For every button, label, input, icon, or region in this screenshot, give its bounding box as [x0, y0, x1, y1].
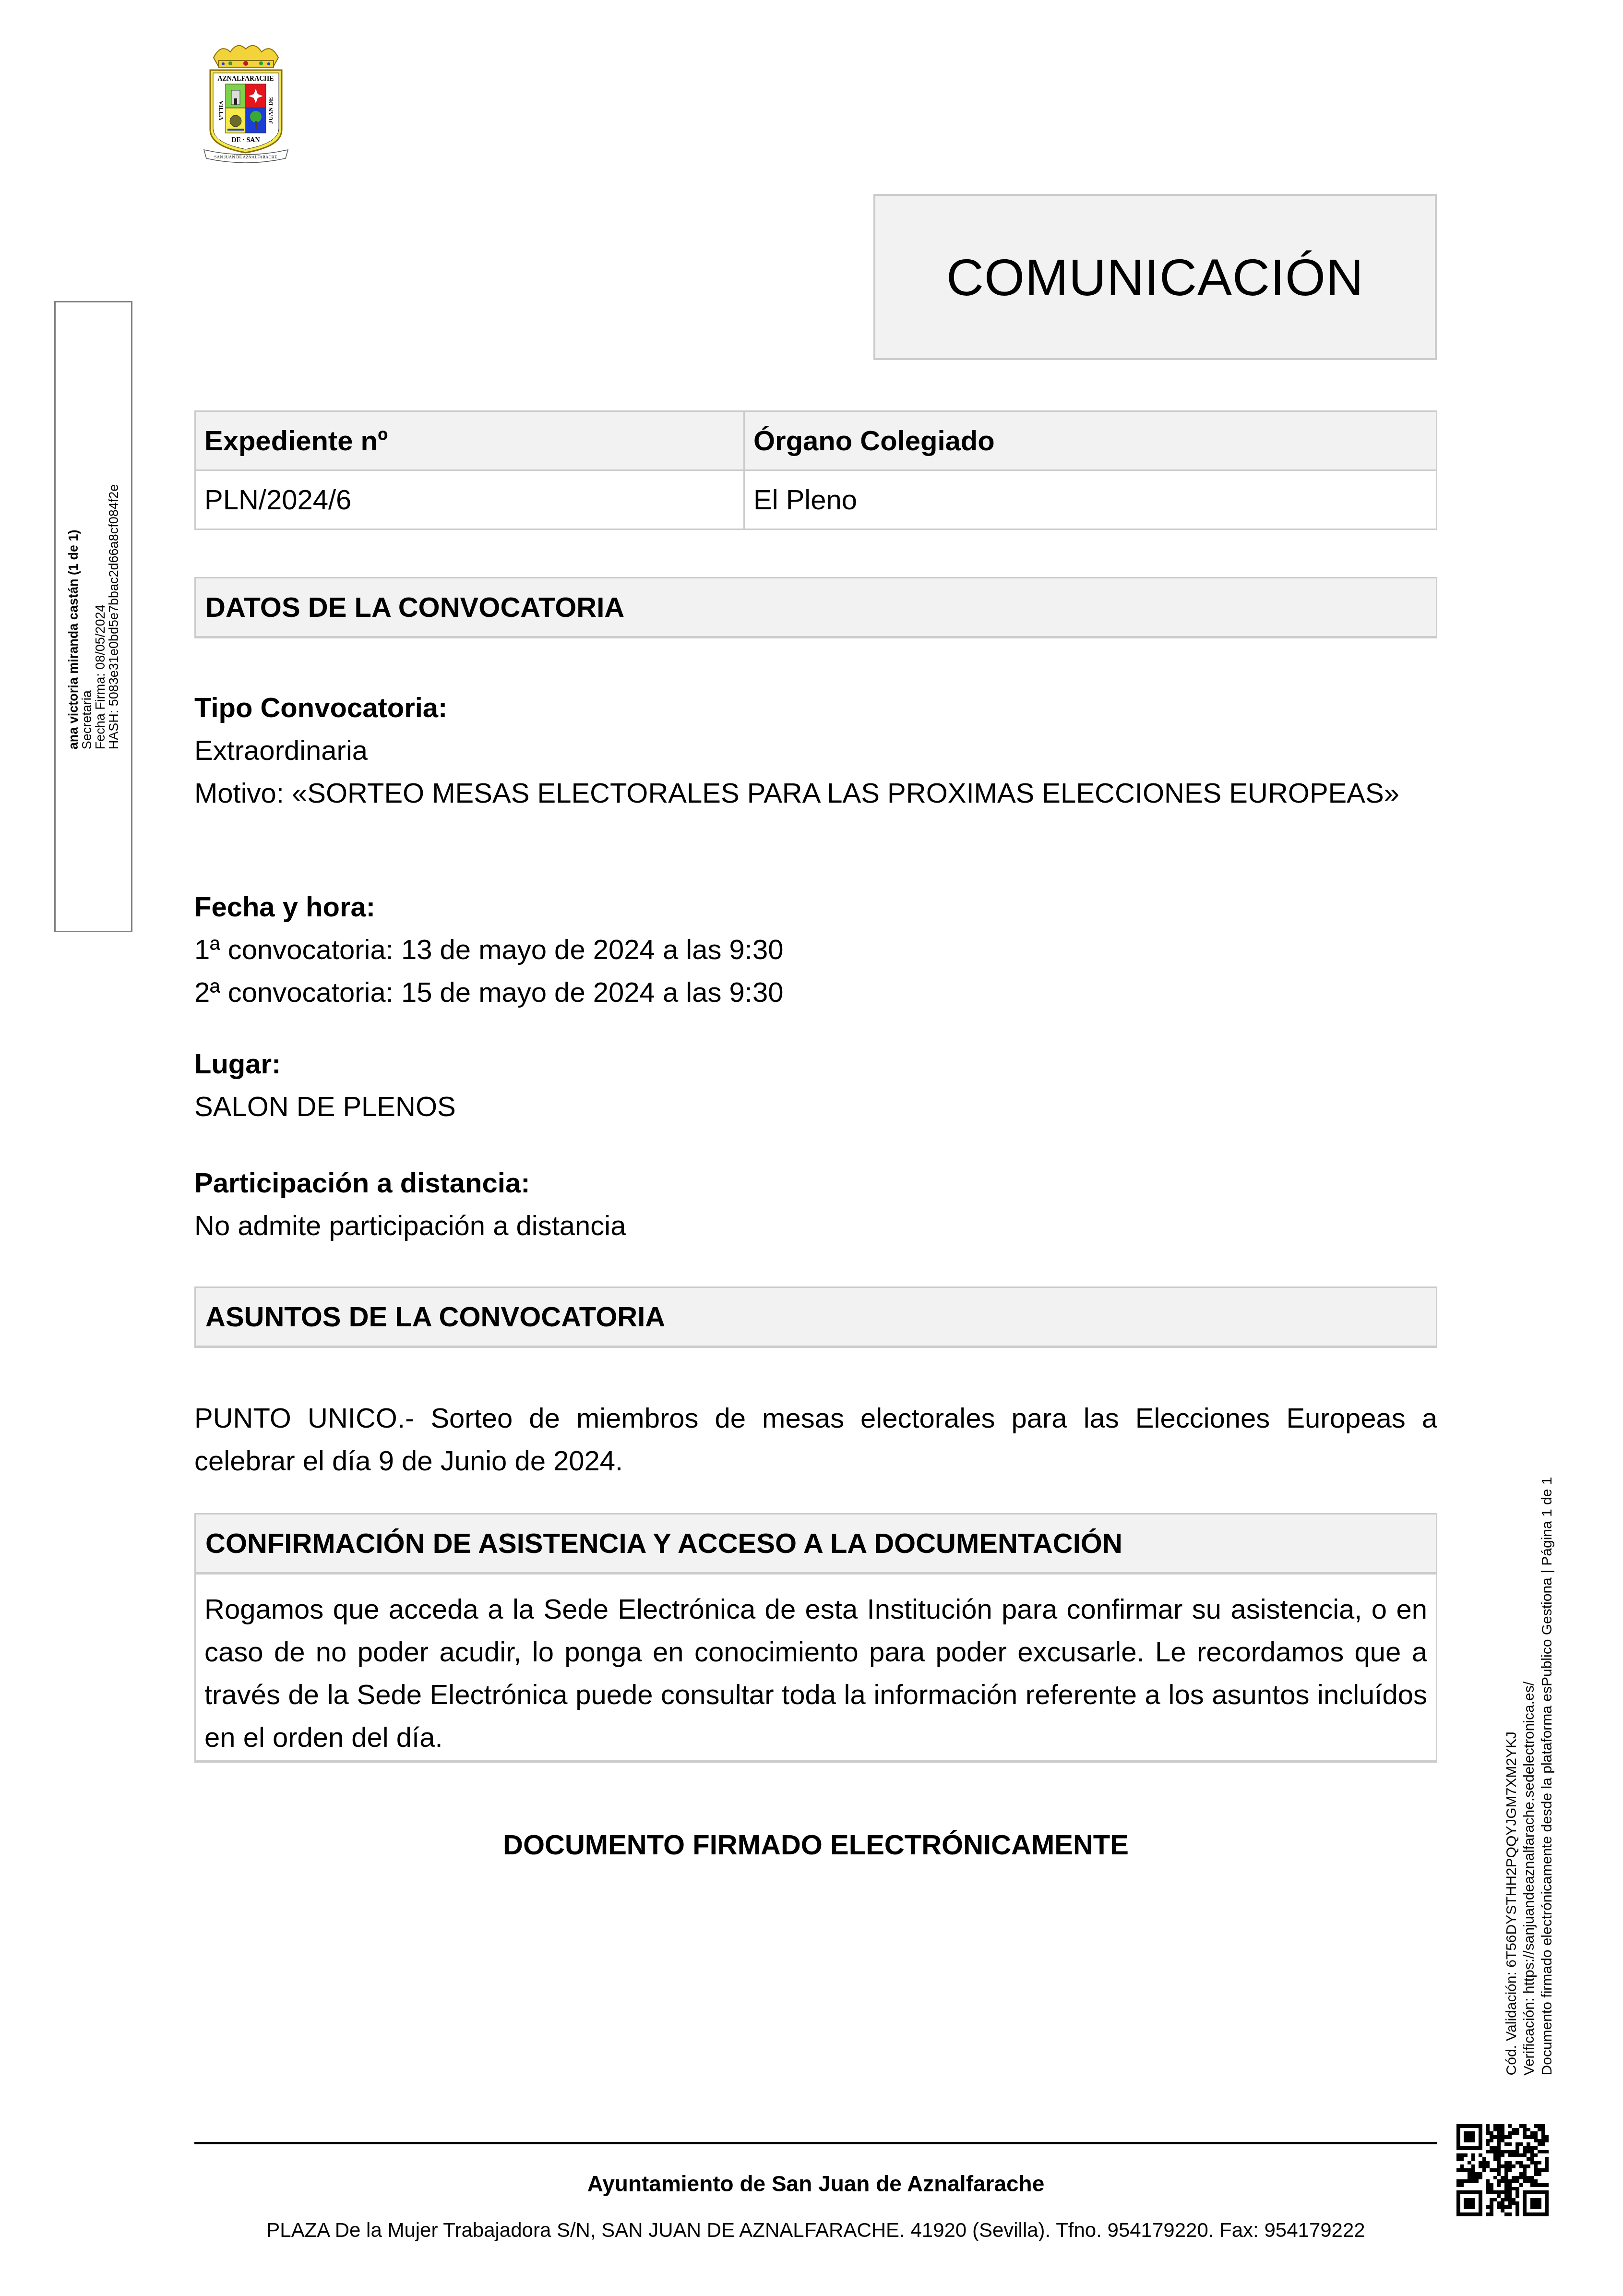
- expediente-table: Expediente nº Órgano Colegiado PLN/2024/…: [194, 410, 1437, 530]
- signature-box: ana victoria miranda castán (1 de 1) Sec…: [54, 301, 132, 932]
- signature-details: ana victoria miranda castán (1 de 1) Sec…: [67, 484, 120, 749]
- organo-colegiado: El Pleno: [744, 470, 1437, 529]
- expediente-number: PLN/2024/6: [195, 470, 744, 529]
- footer-address: PLAZA De la Mujer Trabajadora S/N, SAN J…: [194, 2219, 1437, 2242]
- tipo-label: Tipo Convocatoria:: [194, 686, 1437, 729]
- lugar-block: Lugar: SALON DE PLENOS: [194, 1043, 1437, 1128]
- signed-notice: DOCUMENTO FIRMADO ELECTRÓNICAMENTE: [194, 1829, 1437, 1861]
- section-asuntos-heading: ASUNTOS DE LA CONVOCATORIA: [194, 1286, 1437, 1348]
- fecha-label: Fecha y hora:: [194, 886, 1437, 928]
- crown-icon: [214, 46, 278, 67]
- svg-text:AZNALFARACHE: AZNALFARACHE: [217, 75, 274, 83]
- tipo-convocatoria-block: Tipo Convocatoria: Extraordinaria Motivo…: [194, 686, 1437, 815]
- platform-note: Documento firmado electrónicamente desde…: [1538, 1477, 1556, 2076]
- svg-text:SAN JUAN DE AZNALFARACHE: SAN JUAN DE AZNALFARACHE: [214, 155, 277, 159]
- participacion-label: Participación a distancia:: [194, 1162, 1437, 1204]
- section-datos-heading: DATOS DE LA CONVOCATORIA: [194, 577, 1437, 638]
- header-organo: Órgano Colegiado: [744, 411, 1437, 470]
- svg-text:JUAN DE: JUAN DE: [267, 97, 274, 124]
- table-header-row: Expediente nº Órgano Colegiado: [195, 411, 1437, 470]
- signature-hash: HASH: 5083e31e0bd5e7bbac2d66a8cf084f2e: [107, 484, 120, 749]
- lugar-label: Lugar:: [194, 1043, 1437, 1085]
- document-title: COMUNICACIÓN: [946, 247, 1364, 307]
- segunda-convocatoria: 2ª convocatoria: 15 de mayo de 2024 a la…: [194, 971, 1437, 1014]
- document-title-box: COMUNICACIÓN: [873, 194, 1437, 360]
- motivo-text: Motivo: «SORTEO MESAS ELECTORALES PARA L…: [194, 772, 1437, 815]
- tipo-value: Extraordinaria: [194, 729, 1437, 772]
- primera-convocatoria: 1ª convocatoria: 13 de mayo de 2024 a la…: [194, 928, 1437, 971]
- signer-role: Secretaria: [80, 484, 94, 749]
- qr-code-icon[interactable]: [1456, 2124, 1549, 2216]
- fecha-block: Fecha y hora: 1ª convocatoria: 13 de may…: [194, 886, 1437, 1014]
- header-expediente: Expediente nº: [195, 411, 744, 470]
- lugar-value: SALON DE PLENOS: [194, 1085, 1437, 1128]
- participacion-value: No admite participación a distancia: [194, 1204, 1437, 1247]
- table-row: PLN/2024/6 El Pleno: [195, 470, 1437, 529]
- punto-unico-text: PUNTO UNICO.- Sorteo de miembros de mesa…: [194, 1397, 1437, 1482]
- coat-of-arms-icon: AZNALFARACHE VILLA JUAN DE DE · SAN SAN …: [202, 38, 290, 163]
- validation-code: Cód. Validación: 6T56DYSTHH2PQQYJGM7XM2Y…: [1503, 1477, 1520, 2076]
- signature-date: Fecha Firma: 08/05/2024: [94, 484, 107, 749]
- footer-institution-name: Ayuntamiento de San Juan de Aznalfarache: [194, 2171, 1437, 2197]
- footer-divider: [194, 2142, 1437, 2144]
- validation-details: Cód. Validación: 6T56DYSTHH2PQQYJGM7XM2Y…: [1503, 1477, 1556, 2076]
- confirmacion-text: Rogamos que acceda a la Sede Electrónica…: [194, 1575, 1437, 1763]
- svg-text:DE · SAN: DE · SAN: [231, 137, 260, 144]
- participacion-block: Participación a distancia: No admite par…: [194, 1162, 1437, 1247]
- svg-text:VILLA: VILLA: [218, 100, 225, 120]
- verification-url[interactable]: Verificación: https://sanjuandeaznalfara…: [1520, 1477, 1538, 2076]
- section-confirmacion-heading: CONFIRMACIÓN DE ASISTENCIA Y ACCESO A LA…: [194, 1513, 1437, 1575]
- signer-name: ana victoria miranda castán (1 de 1): [67, 484, 80, 749]
